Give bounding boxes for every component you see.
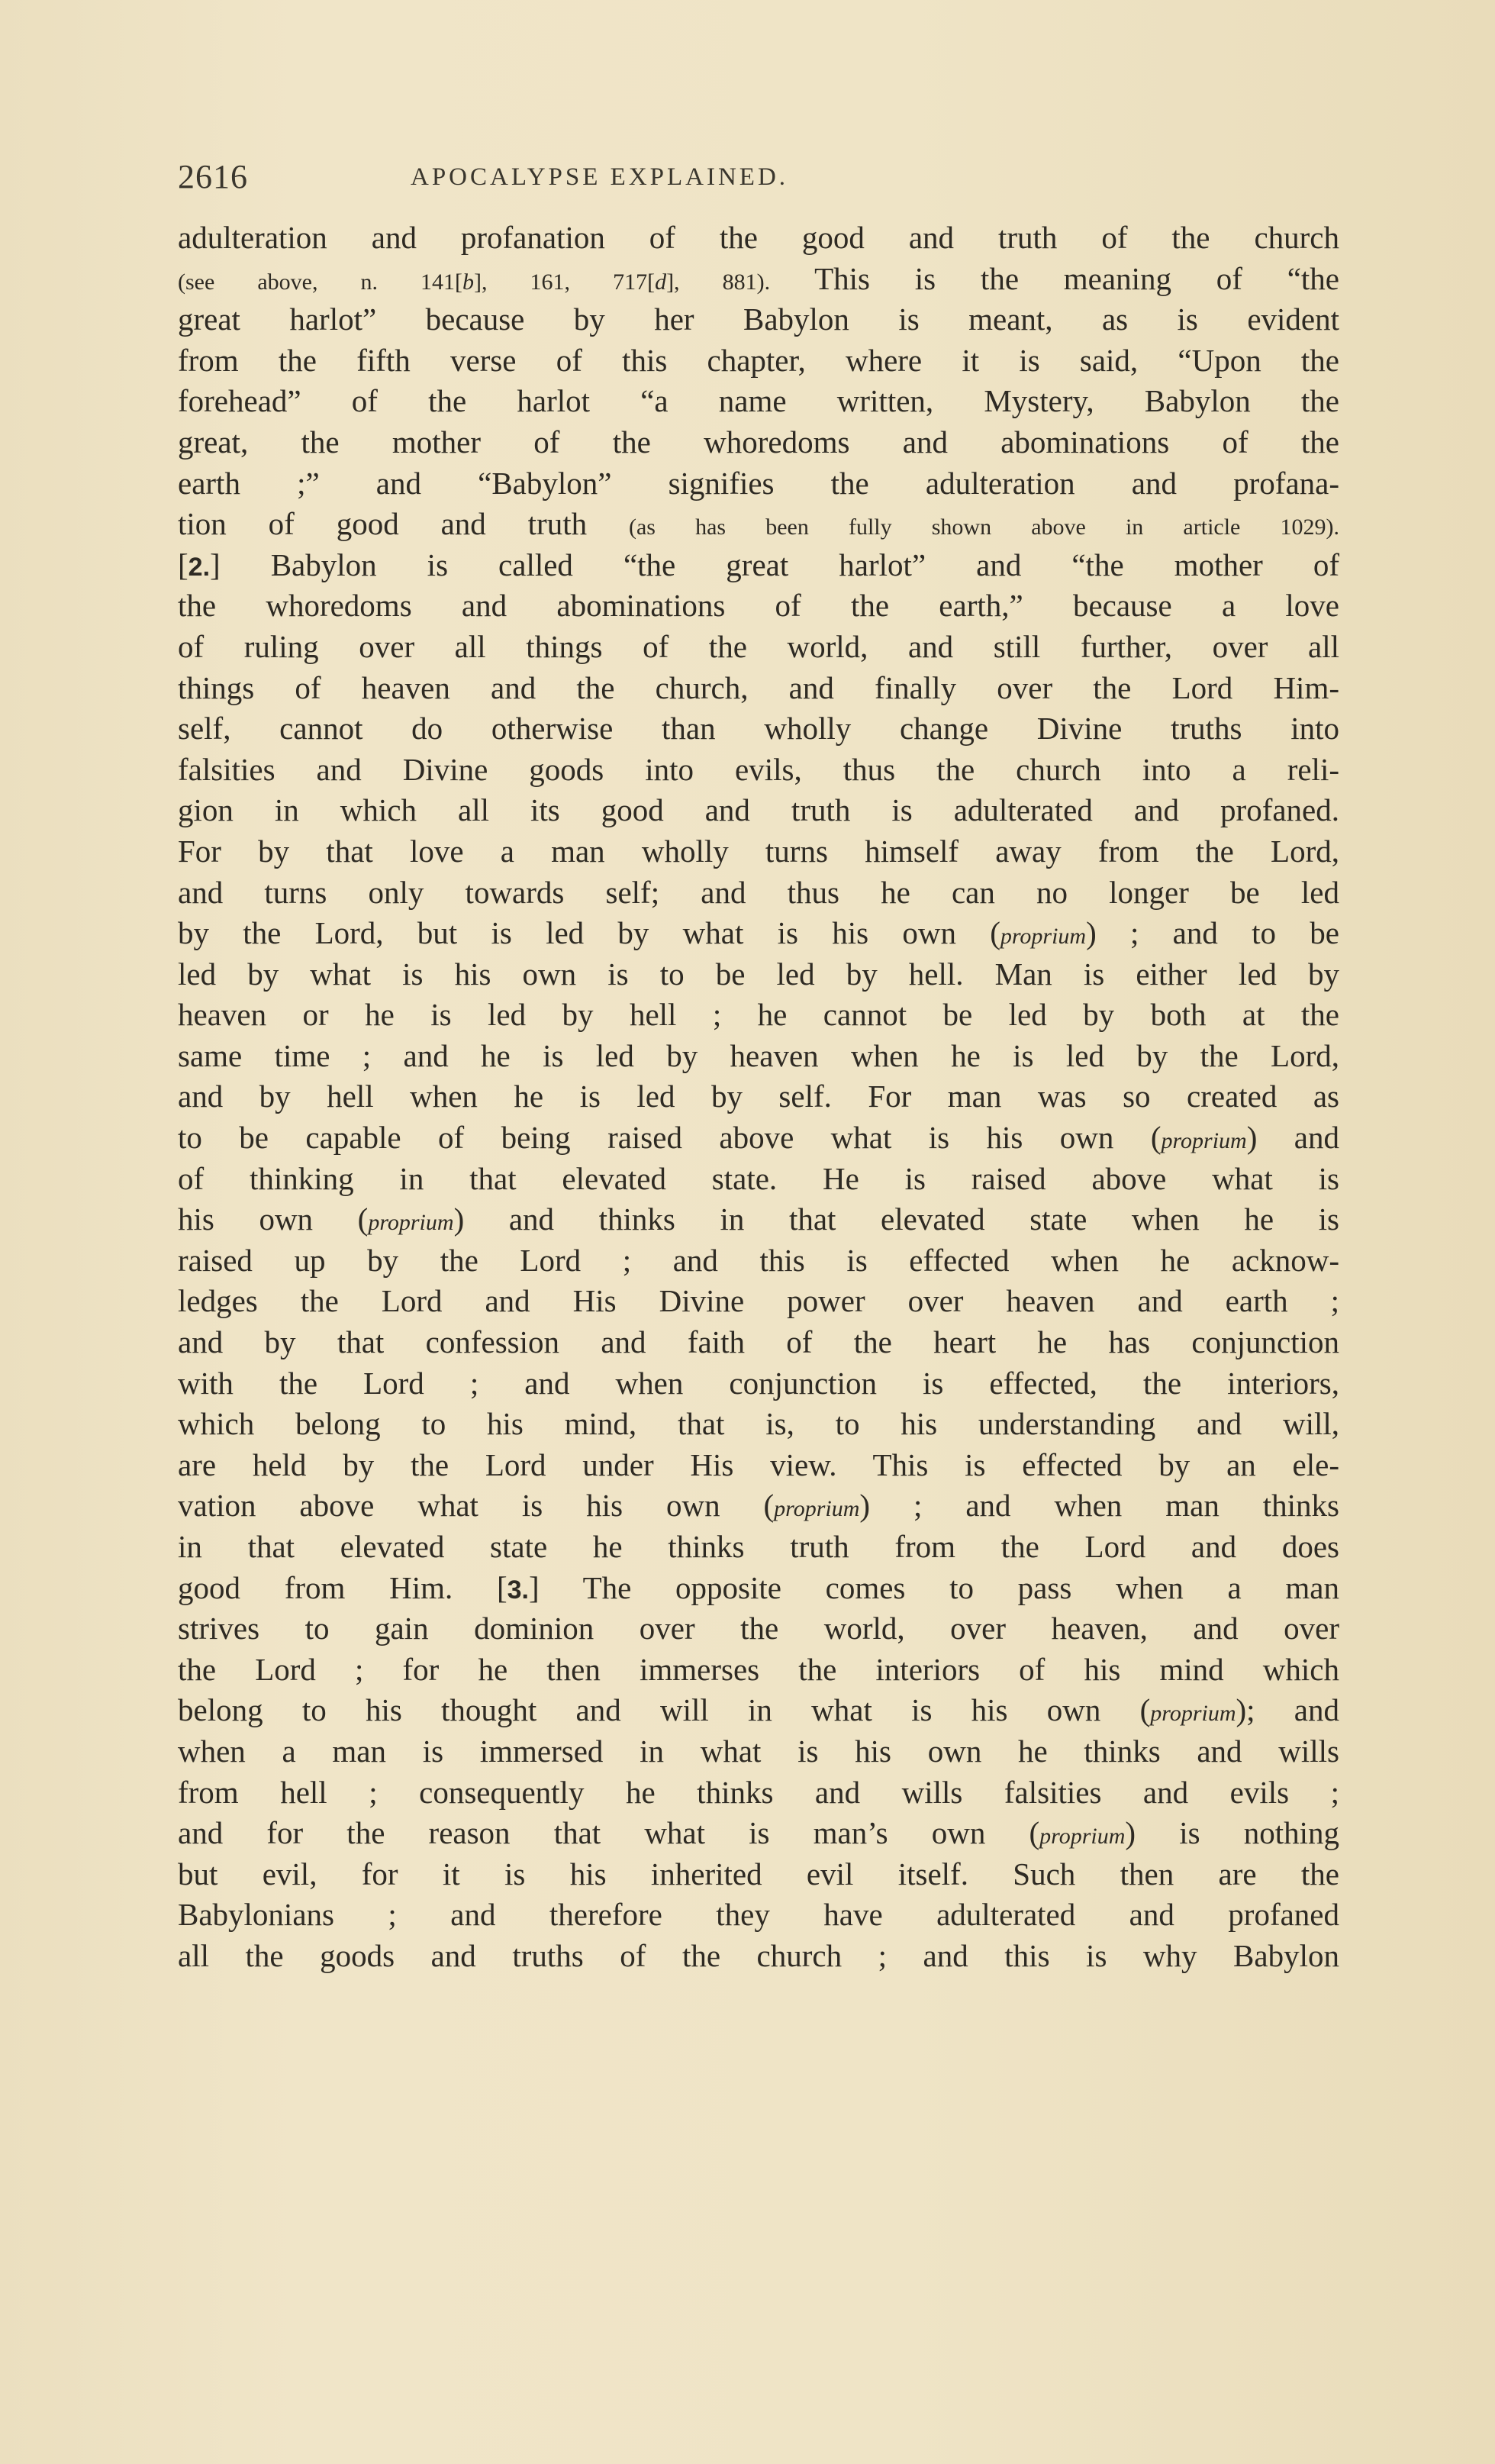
- text-run: to be capable of being raised above what…: [178, 1120, 1161, 1155]
- text-line: great harlot” because by her Babylon is …: [178, 299, 1339, 340]
- text-run: ) ; and when man thinks: [859, 1488, 1339, 1523]
- text-line: [2.] Babylon is called “the great harlot…: [178, 545, 1339, 586]
- text-run: from the fifth verse of this chapter, wh…: [178, 343, 1339, 378]
- reference-text: ], 161, 717[: [474, 269, 655, 295]
- text-line: are held by the Lord under His view. Thi…: [178, 1445, 1339, 1486]
- text-line: forehead” of the harlot “a name written,…: [178, 381, 1339, 422]
- text-run: ); and: [1236, 1692, 1339, 1727]
- italic-term: proprium: [1161, 1128, 1246, 1153]
- text-run: tion of good and truth: [178, 506, 629, 541]
- text-line: strives to gain dominion over the world,…: [178, 1608, 1339, 1650]
- text-line: when a man is immersed in what is his ow…: [178, 1731, 1339, 1772]
- text-run: and for the reason that what is man’s ow…: [178, 1815, 1039, 1850]
- text-run: forehead” of the harlot “a name written,…: [178, 383, 1339, 418]
- text-run: adulteration and profanation of the good…: [178, 220, 1339, 255]
- text-run: which belong to his mind, that is, to hi…: [178, 1406, 1339, 1441]
- text-line: great, the mother of the whoredoms and a…: [178, 422, 1339, 463]
- text-line: led by what is his own is to be led by h…: [178, 954, 1339, 995]
- text-line: self, cannot do otherwise than wholly ch…: [178, 708, 1339, 750]
- italic-term: proprium: [774, 1496, 859, 1521]
- running-title: APOCALYPSE EXPLAINED.: [411, 163, 788, 192]
- text-run: in that elevated state he thinks truth f…: [178, 1529, 1339, 1564]
- text-line: in that elevated state he thinks truth f…: [178, 1527, 1339, 1568]
- text-run: of thinking in that elevated state. He i…: [178, 1161, 1339, 1196]
- text-run: heaven or he is led by hell ; he cannot …: [178, 997, 1339, 1032]
- text-line: but evil, for it is his inherited evil i…: [178, 1854, 1339, 1895]
- text-run: ) is nothing: [1125, 1815, 1339, 1850]
- text-run: when a man is immersed in what is his ow…: [178, 1734, 1339, 1769]
- text-line: of ruling over all things of the world, …: [178, 627, 1339, 668]
- text-line: falsities and Divine goods into evils, t…: [178, 750, 1339, 791]
- text-run: For by that love a man wholly turns hims…: [178, 834, 1339, 869]
- text-run: [: [178, 547, 188, 582]
- text-run: from hell ; consequently he thinks and w…: [178, 1775, 1339, 1810]
- text-run: belong to his thought and will in what i…: [178, 1692, 1150, 1727]
- reference-text: (as has been fully shown above in articl…: [629, 514, 1339, 540]
- italic-term: proprium: [1000, 924, 1086, 949]
- text-line: same time ; and he is led by heaven when…: [178, 1036, 1339, 1077]
- text-run: ledges the Lord and His Divine power ove…: [178, 1283, 1339, 1318]
- text-line: all the goods and truths of the church ;…: [178, 1936, 1339, 1977]
- paragraph-number: 2.: [188, 553, 210, 582]
- text-run: led by what is his own is to be led by h…: [178, 956, 1339, 992]
- text-run: ) ; and to be: [1086, 915, 1339, 950]
- text-run: self, cannot do otherwise than wholly ch…: [178, 711, 1339, 746]
- text-run: gion in which all its good and truth is …: [178, 792, 1339, 827]
- text-line: his own (proprium) and thinks in that el…: [178, 1199, 1339, 1240]
- text-run: raised up by the Lord ; and this is effe…: [178, 1243, 1339, 1278]
- page-number: 2616: [178, 157, 248, 196]
- text-line: tion of good and truth (as has been full…: [178, 504, 1339, 545]
- text-run: ) and: [1247, 1120, 1339, 1155]
- text-line: to be capable of being raised above what…: [178, 1118, 1339, 1159]
- text-line: heaven or he is led by hell ; he cannot …: [178, 995, 1339, 1036]
- text-line: and for the reason that what is man’s ow…: [178, 1813, 1339, 1854]
- text-line: things of heaven and the church, and fin…: [178, 668, 1339, 709]
- text-run: things of heaven and the church, and fin…: [178, 670, 1339, 705]
- body-text: adulteration and profanation of the good…: [178, 218, 1339, 1977]
- text-run: great harlot” because by her Babylon is …: [178, 302, 1339, 337]
- text-line: ledges the Lord and His Divine power ove…: [178, 1281, 1339, 1322]
- text-run: are held by the Lord under His view. Thi…: [178, 1447, 1339, 1482]
- italic-term: proprium: [368, 1210, 453, 1235]
- text-line: good from Him. [3.] The opposite comes t…: [178, 1568, 1339, 1609]
- text-run: the Lord ; for he then immerses the inte…: [178, 1652, 1339, 1687]
- text-line: gion in which all its good and truth is …: [178, 790, 1339, 831]
- text-run: ] The opposite comes to pass when a man: [529, 1570, 1339, 1605]
- running-head: 2616 APOCALYPSE EXPLAINED.: [178, 157, 1339, 203]
- reference-text: ], 881).: [666, 269, 770, 295]
- text-line: For by that love a man wholly turns hims…: [178, 831, 1339, 872]
- text-run: falsities and Divine goods into evils, t…: [178, 752, 1339, 787]
- text-run: and turns only towards self; and thus he…: [178, 875, 1339, 910]
- text-run: with the Lord ; and when conjunction is …: [178, 1366, 1339, 1401]
- text-line: and turns only towards self; and thus he…: [178, 872, 1339, 914]
- text-run: his own (: [178, 1201, 368, 1237]
- text-run: strives to gain dominion over the world,…: [178, 1611, 1339, 1646]
- text-line: (see above, n. 141[b], 161, 717[d], 881)…: [178, 259, 1339, 300]
- text-run: earth ;” and “Babylon” signifies the adu…: [178, 466, 1339, 501]
- text-run: the whoredoms and abominations of the ea…: [178, 588, 1339, 623]
- text-run: and by that confession and faith of the …: [178, 1324, 1339, 1359]
- text-run: ] Babylon is called “the great harlot” a…: [210, 547, 1339, 582]
- text-line: raised up by the Lord ; and this is effe…: [178, 1240, 1339, 1282]
- text-line: Babylonians ; and therefore they have ad…: [178, 1895, 1339, 1936]
- text-run: good from Him. [: [178, 1570, 507, 1605]
- text-line: from hell ; consequently he thinks and w…: [178, 1772, 1339, 1814]
- text-line: the whoredoms and abominations of the ea…: [178, 585, 1339, 627]
- text-line: by the Lord, but is led by what is his o…: [178, 913, 1339, 954]
- text-run: all the goods and truths of the church ;…: [178, 1938, 1339, 1973]
- text-line: belong to his thought and will in what i…: [178, 1690, 1339, 1731]
- text-line: which belong to his mind, that is, to hi…: [178, 1404, 1339, 1445]
- reference-text: (see above, n. 141[: [178, 269, 462, 295]
- text-line: and by hell when he is led by self. For …: [178, 1076, 1339, 1118]
- text-line: adulteration and profanation of the good…: [178, 218, 1339, 259]
- text-run: Babylonians ; and therefore they have ad…: [178, 1897, 1339, 1932]
- paragraph-number: 3.: [507, 1575, 529, 1605]
- text-line: earth ;” and “Babylon” signifies the adu…: [178, 463, 1339, 505]
- text-run: ) and thinks in that elevated state when…: [454, 1201, 1339, 1237]
- italic-term: b: [462, 269, 474, 295]
- text-line: with the Lord ; and when conjunction is …: [178, 1363, 1339, 1405]
- text-run: and by hell when he is led by self. For …: [178, 1079, 1339, 1114]
- text-run: of ruling over all things of the world, …: [178, 629, 1339, 664]
- text-line: of thinking in that elevated state. He i…: [178, 1159, 1339, 1200]
- italic-term: d: [655, 269, 666, 295]
- text-line: the Lord ; for he then immerses the inte…: [178, 1650, 1339, 1691]
- text-run: This is the meaning of “the: [770, 261, 1339, 296]
- text-run: same time ; and he is led by heaven when…: [178, 1038, 1339, 1073]
- text-line: and by that confession and faith of the …: [178, 1322, 1339, 1363]
- text-line: vation above what is his own (proprium) …: [178, 1485, 1339, 1527]
- italic-term: proprium: [1039, 1824, 1125, 1849]
- text-run: but evil, for it is his inherited evil i…: [178, 1856, 1339, 1892]
- text-run: vation above what is his own (: [178, 1488, 774, 1523]
- text-run: great, the mother of the whoredoms and a…: [178, 424, 1339, 460]
- italic-term: proprium: [1150, 1701, 1236, 1726]
- text-line: from the fifth verse of this chapter, wh…: [178, 340, 1339, 382]
- text-run: by the Lord, but is led by what is his o…: [178, 915, 1000, 950]
